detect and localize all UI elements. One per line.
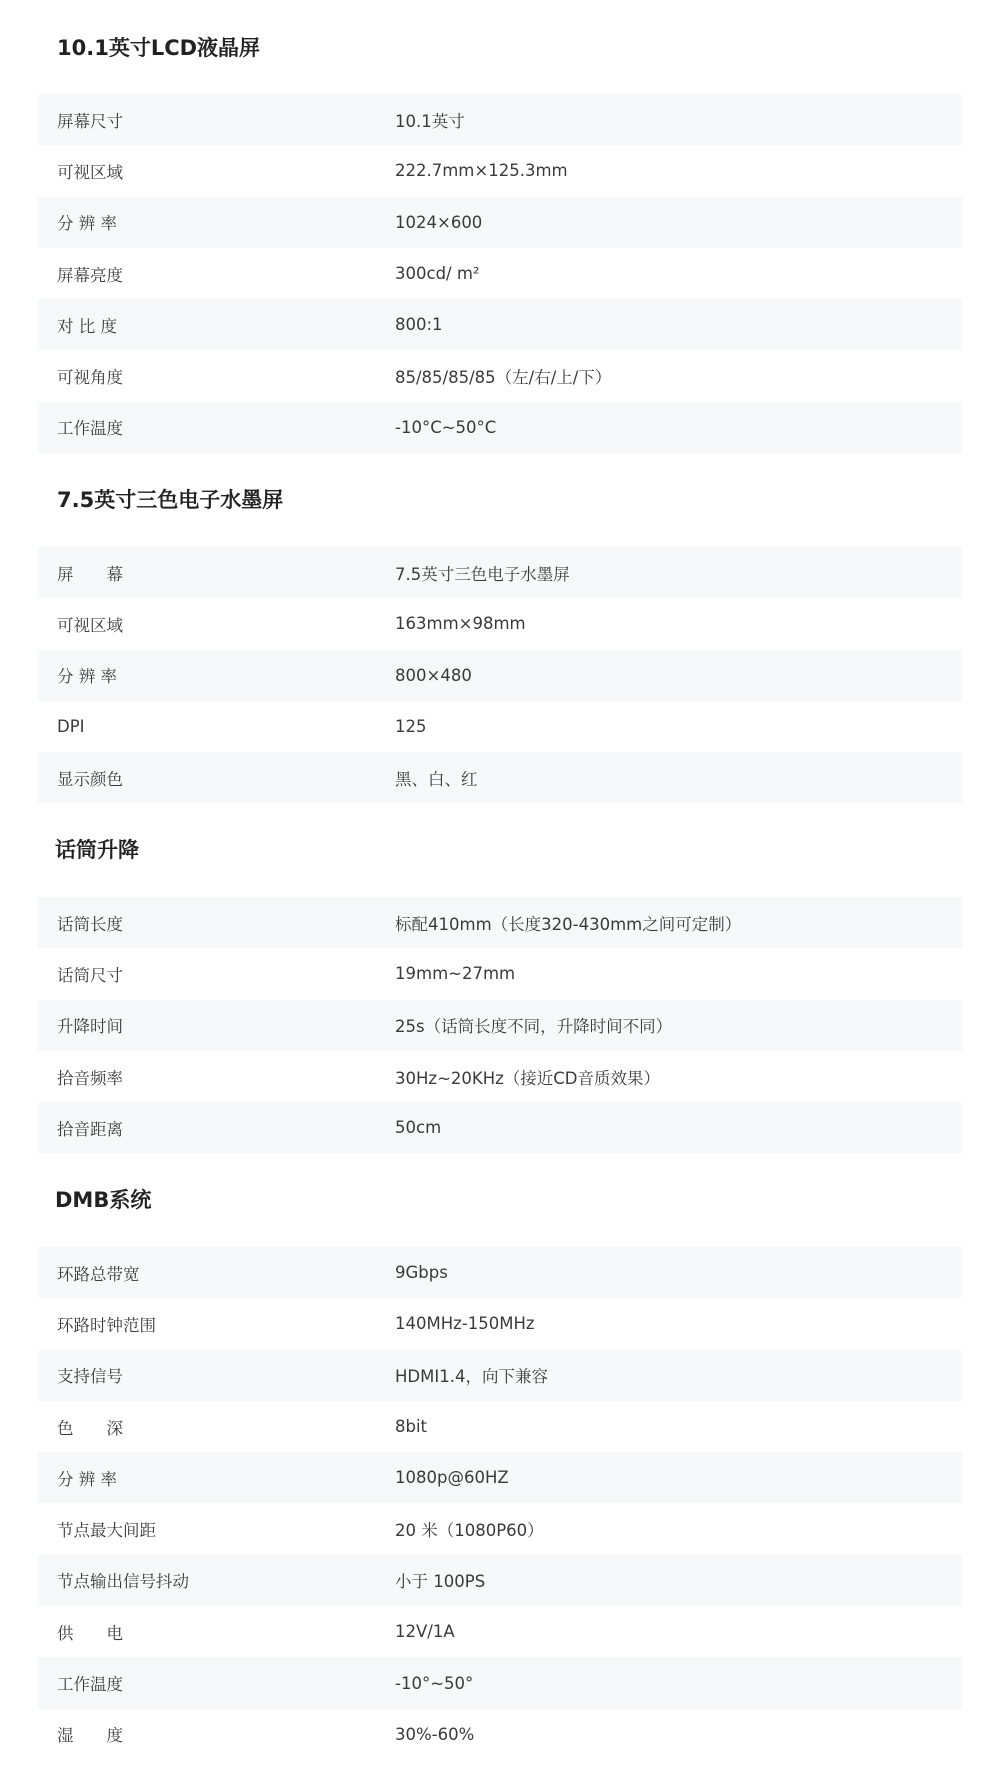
spec-value: 19mm~27mm	[395, 964, 962, 983]
spec-value: 25s（话筒长度不同，升降时间不同）	[395, 1013, 962, 1037]
spec-value: 300cd/ m²	[395, 264, 962, 283]
spec-value: 1024×600	[395, 213, 962, 232]
spec-value: 222.7mm×125.3mm	[395, 161, 962, 180]
spec-label: 屏幕亮度	[38, 262, 395, 286]
table-row: 支持信号HDMI1.4，向下兼容	[38, 1350, 962, 1401]
spec-label: 可视区域	[38, 159, 395, 183]
spec-value: 8bit	[395, 1417, 962, 1436]
section-title: 话筒升降	[0, 835, 1000, 865]
spec-label: 可视区域	[38, 612, 395, 636]
spec-value: 85/85/85/85（左/右/上/下）	[395, 364, 962, 388]
section-title: 7.5英寸三色电子水墨屏	[0, 485, 1000, 515]
table-row: 环路时钟范围140MHz-150MHz	[38, 1298, 962, 1349]
table-row: 分 辨 率1024×600	[38, 197, 962, 248]
spec-value: 20 米（1080P60）	[395, 1517, 962, 1541]
spec-label: 湿 度	[38, 1722, 395, 1746]
table-row: 供 电12V/1A	[38, 1606, 962, 1657]
spec-label: 话筒长度	[38, 911, 395, 935]
spec-label: 屏 幕	[38, 561, 395, 585]
spec-value: -10°C~50°C	[395, 418, 962, 437]
spec-label: 分 辨 率	[38, 210, 395, 234]
table-row: 屏 幕7.5英寸三色电子水墨屏	[38, 547, 962, 598]
spec-label: 话筒尺寸	[38, 962, 395, 986]
spec-value: 黑、白、红	[395, 766, 962, 790]
spec-value: 小于 100PS	[395, 1568, 962, 1592]
table-row: 工作温度-10°~50°	[38, 1657, 962, 1708]
spec-table: 环路总带宽9Gbps 环路时钟范围140MHz-150MHz 支持信号HDMI1…	[38, 1247, 962, 1760]
spec-table: 话筒长度标配410mm（长度320-430mm之间可定制） 话筒尺寸19mm~2…	[38, 897, 962, 1153]
spec-value: 12V/1A	[395, 1622, 962, 1641]
spec-label: 拾音频率	[38, 1065, 395, 1089]
spec-label: 拾音距离	[38, 1116, 395, 1140]
table-row: 节点最大间距20 米（1080P60）	[38, 1503, 962, 1554]
table-row: 色 深8bit	[38, 1401, 962, 1452]
spec-value: 1080p@60HZ	[395, 1468, 962, 1487]
spec-label: 可视角度	[38, 364, 395, 388]
table-row: 湿 度30%-60%	[38, 1709, 962, 1760]
spec-label: DPI	[38, 717, 395, 736]
spec-label: 供 电	[38, 1620, 395, 1644]
spec-label: 节点最大间距	[38, 1517, 395, 1541]
spec-label: 分 辨 率	[38, 663, 395, 687]
spec-label: 对 比 度	[38, 313, 395, 337]
table-row: 屏幕亮度300cd/ m²	[38, 248, 962, 299]
spec-label: 色 深	[38, 1415, 395, 1439]
table-row: 工作温度-10°C~50°C	[38, 402, 962, 453]
spec-label: 显示颜色	[38, 766, 395, 790]
spec-value: 30Hz~20KHz（接近CD音质效果）	[395, 1065, 962, 1089]
table-row: DPI125	[38, 701, 962, 752]
table-row: 升降时间25s（话筒长度不同，升降时间不同）	[38, 1000, 962, 1051]
section-title: DMB系统	[0, 1185, 1000, 1215]
section-dmb-system: DMB系统 环路总带宽9Gbps 环路时钟范围140MHz-150MHz 支持信…	[0, 1185, 1000, 1760]
table-row: 分 辨 率1080p@60HZ	[38, 1452, 962, 1503]
spec-value: 标配410mm（长度320-430mm之间可定制）	[395, 911, 962, 935]
spec-value: 10.1英寸	[395, 108, 962, 132]
spec-label: 工作温度	[38, 415, 395, 439]
table-row: 环路总带宽9Gbps	[38, 1247, 962, 1298]
spec-value: 7.5英寸三色电子水墨屏	[395, 561, 962, 585]
spec-value: HDMI1.4，向下兼容	[395, 1363, 962, 1387]
spec-label: 环路总带宽	[38, 1261, 395, 1285]
spec-label: 分 辨 率	[38, 1466, 395, 1490]
table-row: 可视区域222.7mm×125.3mm	[38, 145, 962, 196]
spec-value: 800:1	[395, 315, 962, 334]
section-lcd-screen: 10.1英寸LCD液晶屏 屏幕尺寸10.1英寸 可视区域222.7mm×125.…	[0, 33, 1000, 453]
section-eink-screen: 7.5英寸三色电子水墨屏 屏 幕7.5英寸三色电子水墨屏 可视区域163mm×9…	[0, 485, 1000, 803]
spec-label: 工作温度	[38, 1671, 395, 1695]
table-row: 节点输出信号抖动小于 100PS	[38, 1555, 962, 1606]
table-row: 对 比 度800:1	[38, 299, 962, 350]
spec-value: -10°~50°	[395, 1674, 962, 1693]
table-row: 屏幕尺寸10.1英寸	[38, 94, 962, 145]
section-title: 10.1英寸LCD液晶屏	[0, 33, 1000, 63]
spec-label: 支持信号	[38, 1363, 395, 1387]
table-row: 话筒尺寸19mm~27mm	[38, 948, 962, 999]
table-row: 话筒长度标配410mm（长度320-430mm之间可定制）	[38, 897, 962, 948]
spec-label: 环路时钟范围	[38, 1312, 395, 1336]
spec-value: 800×480	[395, 666, 962, 685]
spec-value: 30%-60%	[395, 1725, 962, 1744]
spec-value: 163mm×98mm	[395, 614, 962, 633]
spec-label: 升降时间	[38, 1013, 395, 1037]
spec-table: 屏 幕7.5英寸三色电子水墨屏 可视区域163mm×98mm 分 辨 率800×…	[38, 547, 962, 803]
spec-value: 125	[395, 717, 962, 736]
spec-value: 9Gbps	[395, 1263, 962, 1282]
section-microphone-lift: 话筒升降 话筒长度标配410mm（长度320-430mm之间可定制） 话筒尺寸1…	[0, 835, 1000, 1153]
spec-label: 节点输出信号抖动	[38, 1568, 395, 1592]
spec-value: 140MHz-150MHz	[395, 1314, 962, 1333]
table-row: 拾音距离50cm	[38, 1102, 962, 1153]
spec-table: 屏幕尺寸10.1英寸 可视区域222.7mm×125.3mm 分 辨 率1024…	[38, 94, 962, 453]
table-row: 可视区域163mm×98mm	[38, 598, 962, 649]
spec-label: 屏幕尺寸	[38, 108, 395, 132]
table-row: 分 辨 率800×480	[38, 650, 962, 701]
table-row: 可视角度85/85/85/85（左/右/上/下）	[38, 350, 962, 401]
table-row: 显示颜色黑、白、红	[38, 752, 962, 803]
spec-value: 50cm	[395, 1118, 962, 1137]
table-row: 拾音频率30Hz~20KHz（接近CD音质效果）	[38, 1051, 962, 1102]
